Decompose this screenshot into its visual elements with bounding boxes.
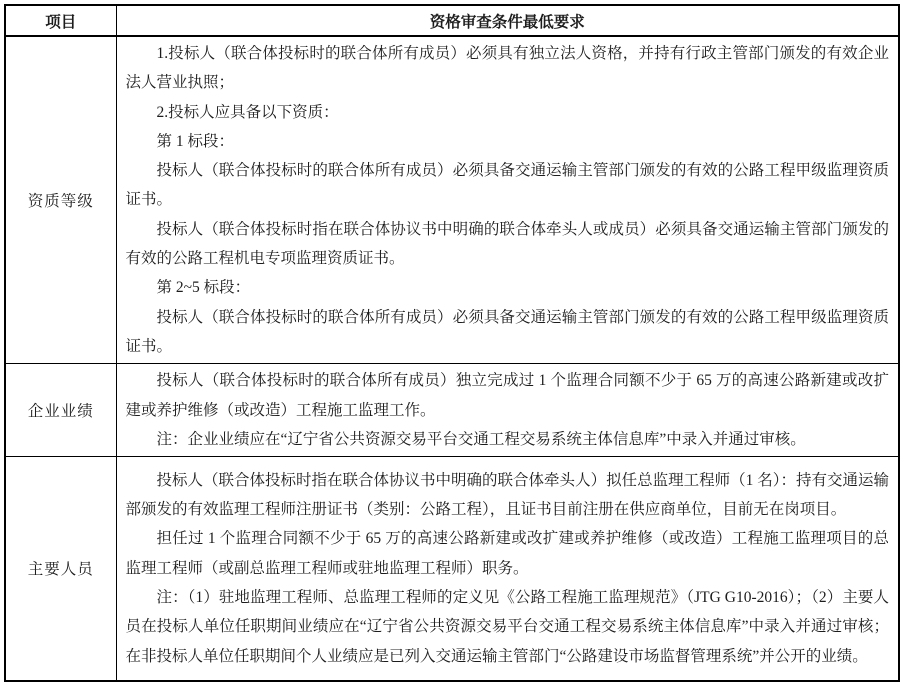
requirement-paragraph: 投标人（联合体投标时的联合体所有成员）必须具备交通运输主管部门颁发的有效的公路工… <box>126 303 890 362</box>
requirement-paragraph: 注：企业业绩应在“辽宁省公共资源交易平台交通工程交易系统主体信息库”中录入并通过… <box>126 425 890 454</box>
requirement-paragraph: 第 1 标段： <box>126 127 890 156</box>
row-item-label: 资质等级 <box>5 36 116 364</box>
row-item-label: 主要人员 <box>5 457 116 681</box>
table-row: 主要人员 投标人（联合体投标时指在联合体协议书中明确的联合体牵头人）拟任总监理工… <box>5 457 899 681</box>
row-requirements-cell: 投标人（联合体投标时的联合体所有成员）独立完成过 1 个监理合同额不少于 65 … <box>116 364 899 457</box>
qualification-review-table: 项目 资格审查条件最低要求 资质等级 1.投标人（联合体投标时的联合体所有成员）… <box>4 4 900 682</box>
requirement-paragraph: 2.投标人应具备以下资质： <box>126 98 890 127</box>
requirement-paragraph: 1.投标人（联合体投标时的联合体所有成员）必须具有独立法人资格，并持有行政主管部… <box>126 39 890 98</box>
requirement-paragraph: 投标人（联合体投标时的联合体所有成员）必须具备交通运输主管部门颁发的有效的公路工… <box>126 156 890 215</box>
table-header-row: 项目 资格审查条件最低要求 <box>5 5 899 36</box>
table-row: 企业业绩 投标人（联合体投标时的联合体所有成员）独立完成过 1 个监理合同额不少… <box>5 364 899 457</box>
requirement-paragraph: 投标人（联合体投标时指在联合体协议书中明确的联合体牵头人或成员）必须具备交通运输… <box>126 215 890 274</box>
requirement-paragraph: 投标人（联合体投标时的联合体所有成员）独立完成过 1 个监理合同额不少于 65 … <box>126 366 890 425</box>
requirement-paragraph: 第 2~5 标段： <box>126 273 890 302</box>
requirement-paragraph: 注：（1）驻地监理工程师、总监理工程师的定义见《公路工程施工监理规范》（JTG … <box>126 583 890 671</box>
header-item-column: 项目 <box>5 5 116 36</box>
requirement-paragraph: 担任过 1 个监理合同额不少于 65 万的高速公路新建或改扩建或养护维修（或改造… <box>126 524 890 583</box>
row-requirements-cell: 投标人（联合体投标时指在联合体协议书中明确的联合体牵头人）拟任总监理工程师（1 … <box>116 457 899 681</box>
row-item-label: 企业业绩 <box>5 364 116 457</box>
table-row: 资质等级 1.投标人（联合体投标时的联合体所有成员）必须具有独立法人资格，并持有… <box>5 36 899 364</box>
header-requirements-column: 资格审查条件最低要求 <box>116 5 899 36</box>
requirement-paragraph: 投标人（联合体投标时指在联合体协议书中明确的联合体牵头人）拟任总监理工程师（1 … <box>126 466 890 525</box>
row-requirements-cell: 1.投标人（联合体投标时的联合体所有成员）必须具有独立法人资格，并持有行政主管部… <box>116 36 899 364</box>
